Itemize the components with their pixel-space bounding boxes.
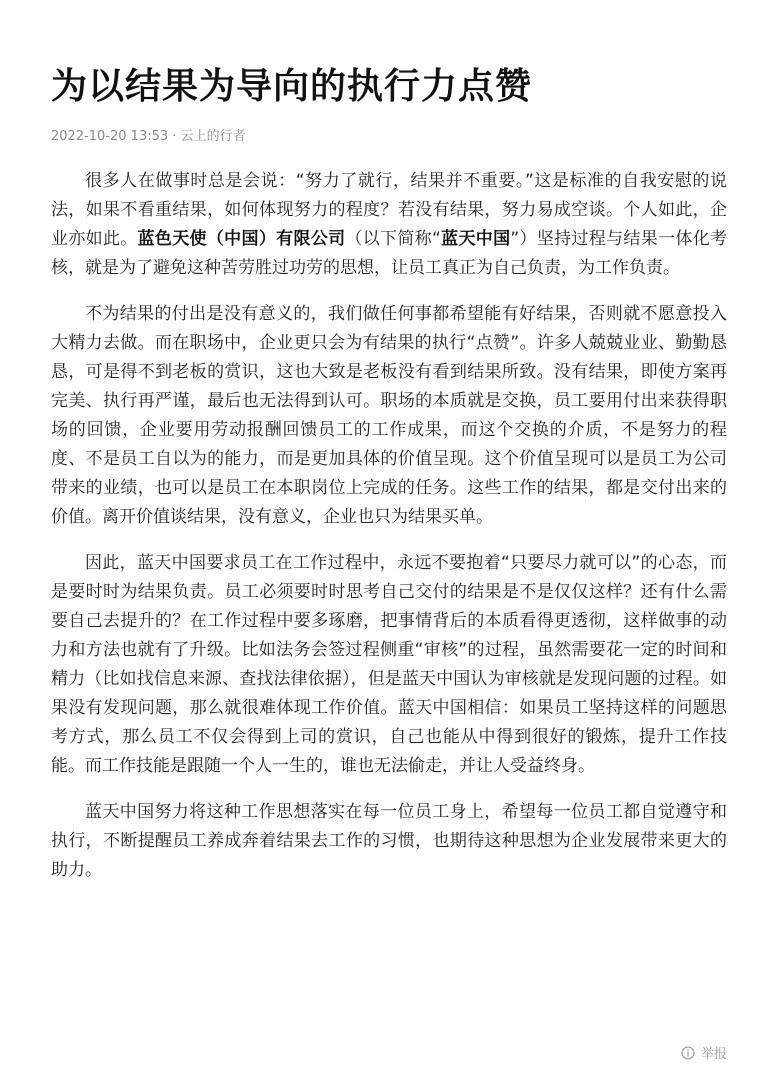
info-circle-icon (681, 1046, 695, 1060)
paragraph-2: 不为结果的付出是没有意义的，我们做任何事都希望能有好结果，否则就不愿意投入大精力… (51, 300, 727, 532)
paragraph-1: 很多人在做事时总是会说：“努力了就行，结果并不重要。”这是标准的自我安慰的说法，… (51, 167, 727, 283)
report-button[interactable]: 举报 (681, 1043, 727, 1062)
article-title: 为以结果为导向的执行力点赞 (51, 58, 727, 116)
paragraph-4: 蓝天中国努力将这种工作思想落实在每一位员工身上，希望每一位员工都自觉遵守和执行，… (51, 798, 727, 885)
article: 为以结果为导向的执行力点赞 2022-10-20 13:53 · 云上的行者 很… (51, 58, 727, 902)
paragraph-3: 因此，蓝天中国要求员工在工作过程中，永远不要抱着“只要尽力就可以”的心态，而是要… (51, 549, 727, 781)
paragraph-text: 蓝天中国努力将这种工作思想落实在每一位员工身上，希望每一位员工都自觉遵守和执行，… (51, 802, 727, 880)
author-name[interactable]: 云上的行者 (181, 129, 246, 144)
article-meta: 2022-10-20 13:53 · 云上的行者 (51, 127, 727, 147)
paragraph-text: （以下简称“ (345, 229, 440, 249)
company-short-name-bold: 蓝天中国 (441, 229, 511, 249)
paragraph-text: 因此，蓝天中国要求员工在工作过程中，永远不要抱着“只要尽力就可以”的心态，而是要… (51, 553, 727, 776)
report-label: 举报 (701, 1043, 727, 1062)
publish-datetime: 2022-10-20 13:53 (51, 129, 168, 144)
paragraph-text: 不为结果的付出是没有意义的，我们做任何事都希望能有好结果，否则就不愿意投入大精力… (51, 304, 727, 527)
article-body: 很多人在做事时总是会说：“努力了就行，结果并不重要。”这是标准的自我安慰的说法，… (51, 167, 727, 885)
company-name-bold: 蓝色天使（中国）有限公司 (138, 229, 346, 249)
meta-separator: · (168, 129, 180, 144)
